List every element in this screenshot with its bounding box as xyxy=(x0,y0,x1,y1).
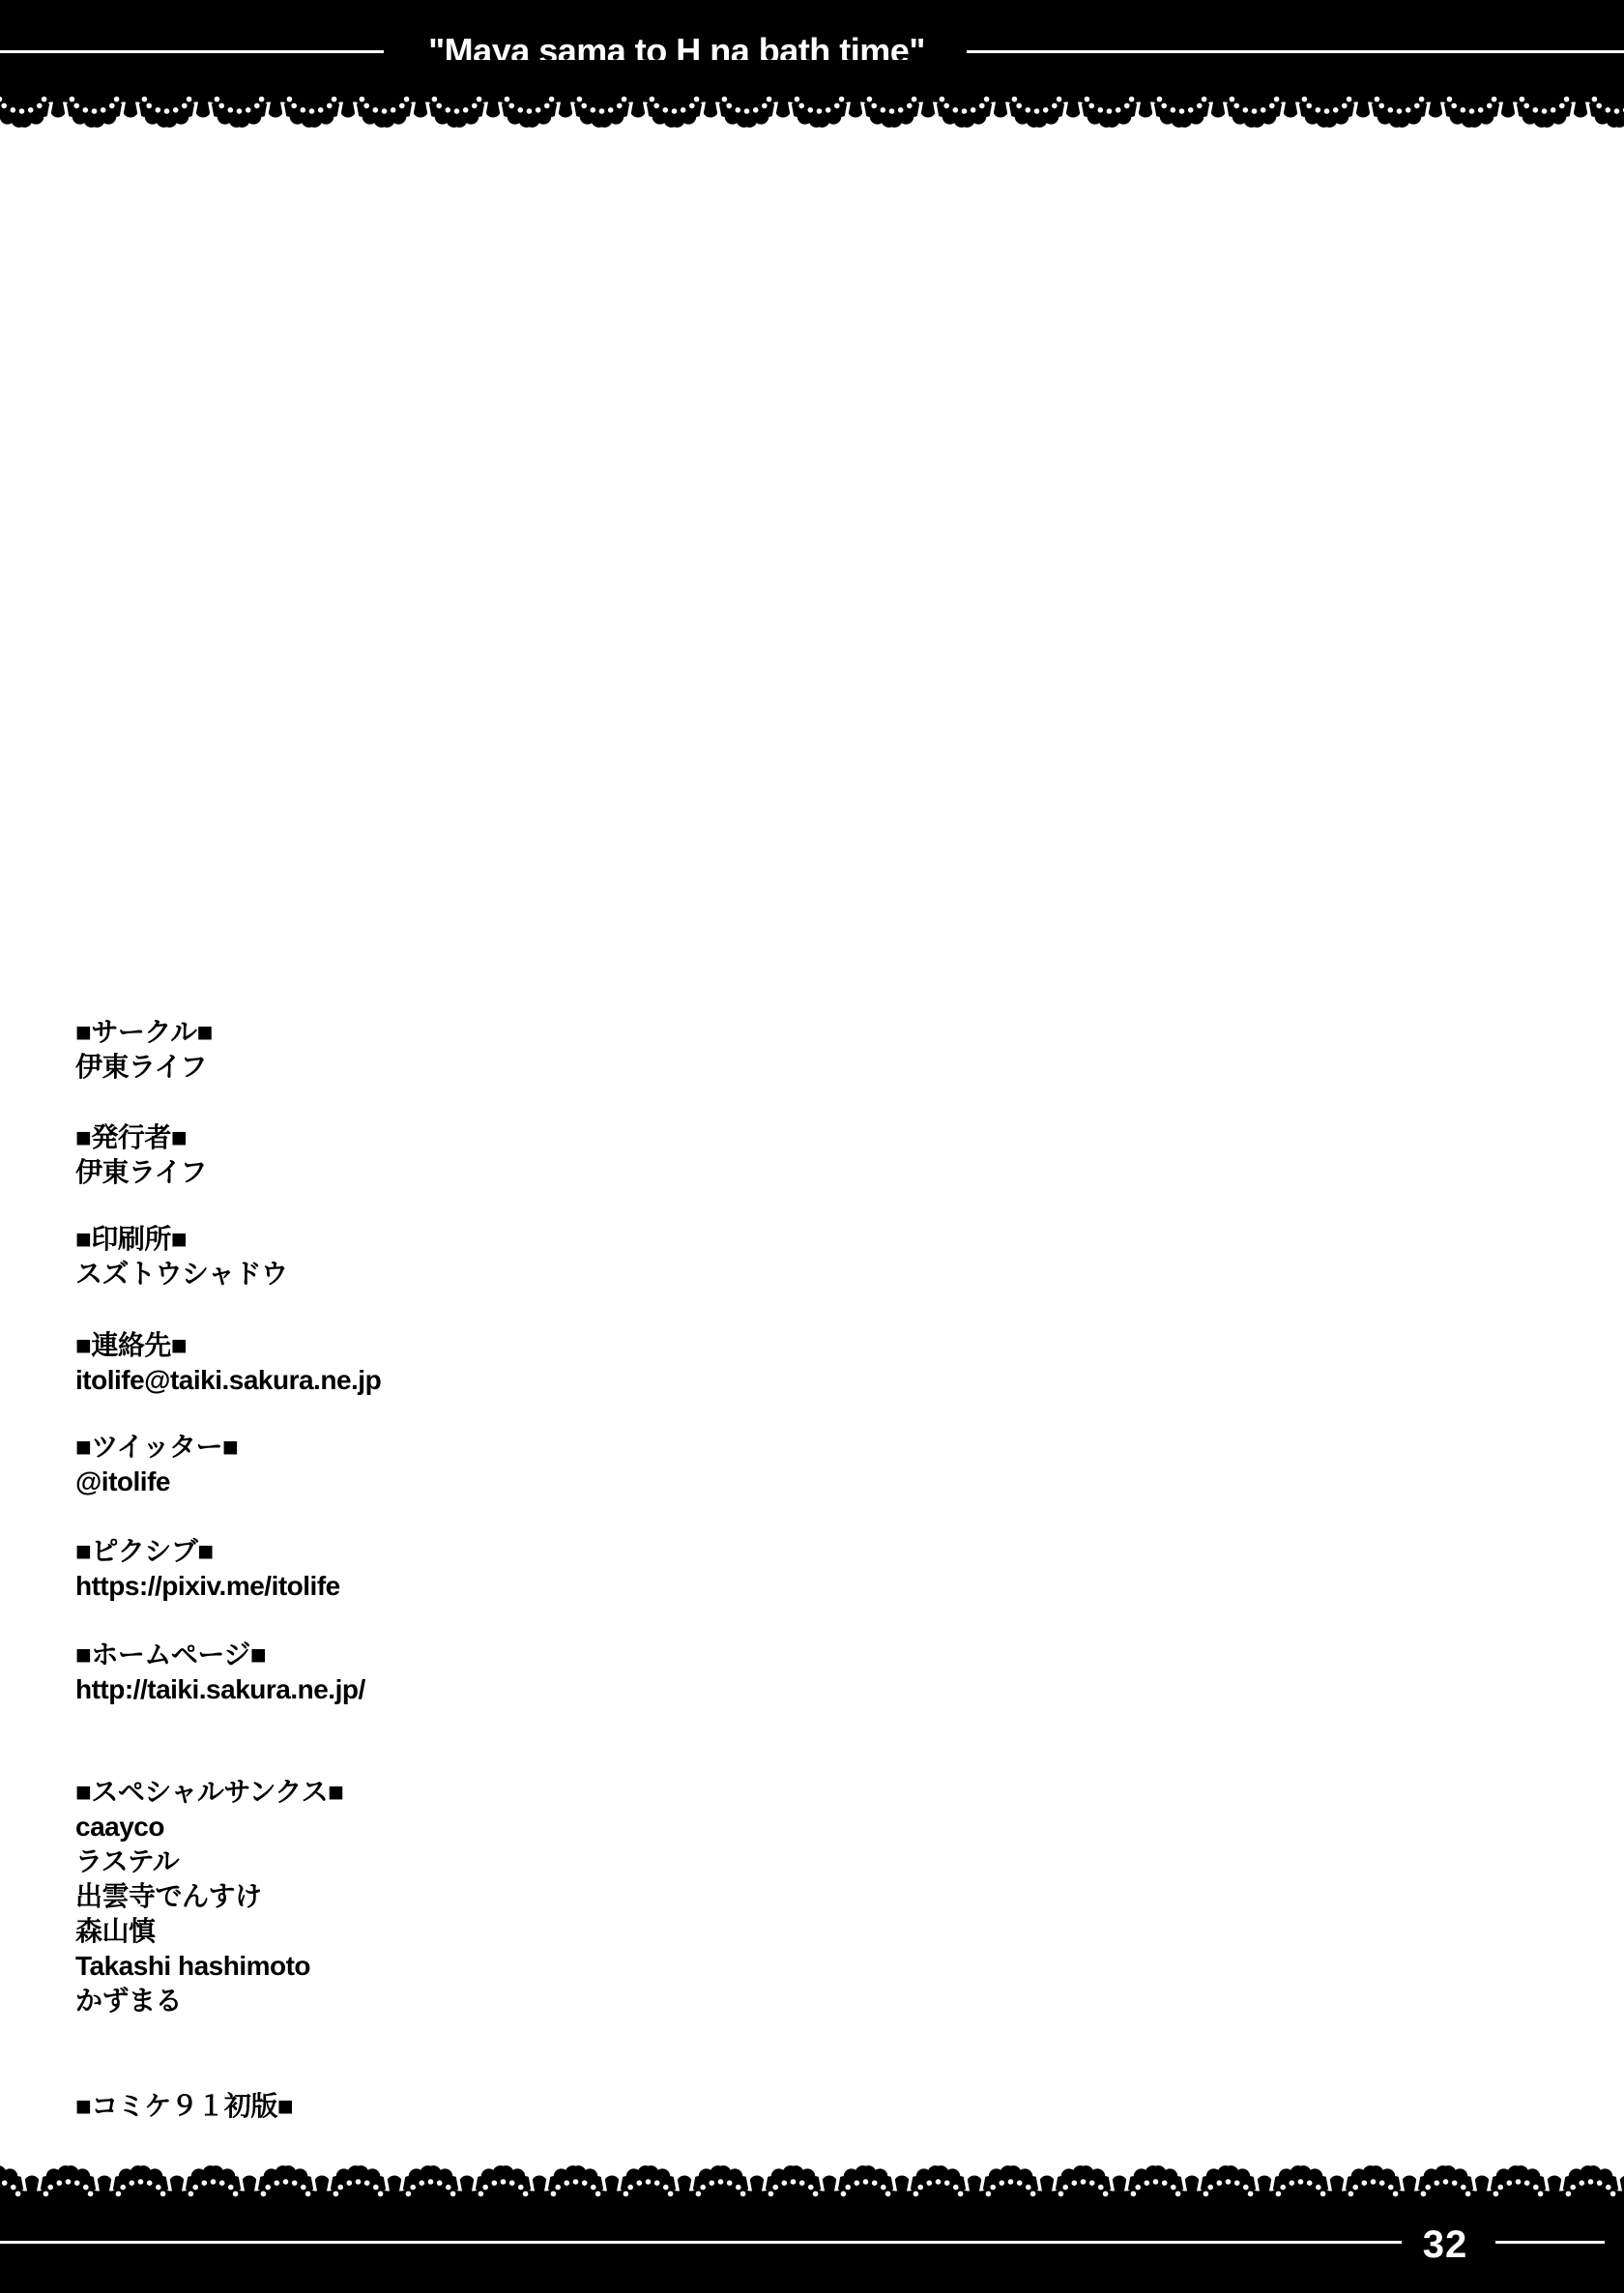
section-heading: ■印刷所■ xyxy=(75,1222,287,1257)
thanks-name: 森山慎 xyxy=(75,1914,344,1949)
section-heading: ■サークル■ xyxy=(75,1015,213,1050)
section-heading: ■ピクシブ■ xyxy=(75,1534,340,1569)
section-twitter: ■ツイッター■ @itolife xyxy=(75,1430,238,1499)
lace-border-bottom-icon xyxy=(0,2162,1624,2233)
section-heading: ■ホームページ■ xyxy=(75,1638,365,1672)
section-homepage: ■ホームページ■ http://taiki.sakura.ne.jp/ xyxy=(75,1638,365,1707)
thanks-name: ラステル xyxy=(75,1844,344,1879)
section-contact: ■連絡先■ itolife@taiki.sakura.ne.jp xyxy=(75,1328,381,1398)
section-line: 伊東ライフ xyxy=(75,1050,213,1085)
section-pixiv: ■ピクシブ■ https://pixiv.me/itolife xyxy=(75,1534,340,1604)
section-circle: ■サークル■ 伊東ライフ xyxy=(75,1015,213,1085)
twitter-handle-text: @itolife xyxy=(75,1465,238,1499)
page-number: 32 xyxy=(1423,2225,1468,2264)
thanks-name: Takashi hashimoto xyxy=(75,1949,344,1984)
doujin-colophon-page: "Maya sama to H na bath time" xyxy=(0,0,1624,2293)
lace-border-top-icon xyxy=(0,60,1624,131)
section-heading: ■ツイッター■ xyxy=(75,1430,238,1465)
section-comiket-edition: ■コミケ９１初版■ xyxy=(75,2089,293,2124)
title-divider-left xyxy=(0,50,384,53)
footer-divider-left xyxy=(0,2241,1402,2244)
title-divider-right xyxy=(967,50,1624,53)
section-special-thanks: ■スペシャルサンクス■ caayco ラステル 出雲寺でんすけ 森山慎 Taka… xyxy=(75,1775,344,2018)
section-heading: ■連絡先■ xyxy=(75,1328,381,1363)
section-heading: ■発行者■ xyxy=(75,1120,207,1155)
section-line: 伊東ライフ xyxy=(75,1155,207,1190)
thanks-name: 出雲寺でんすけ xyxy=(75,1879,344,1914)
footer-divider-right xyxy=(1495,2241,1605,2244)
thanks-name: かずまる xyxy=(75,1984,344,2018)
top-title-bar: "Maya sama to H na bath time" xyxy=(0,0,1624,60)
thanks-name: caayco xyxy=(75,1810,344,1844)
section-heading: ■スペシャルサンクス■ xyxy=(75,1775,344,1810)
contact-email-text: itolife@taiki.sakura.ne.jp xyxy=(75,1363,381,1398)
pixiv-url-text: https://pixiv.me/itolife xyxy=(75,1569,340,1604)
section-line: スズトウシャドウ xyxy=(75,1257,287,1292)
section-heading: ■コミケ９１初版■ xyxy=(75,2089,293,2124)
homepage-url-text: http://taiki.sakura.ne.jp/ xyxy=(75,1672,365,1707)
section-publisher: ■発行者■ 伊東ライフ xyxy=(75,1120,207,1190)
section-printer: ■印刷所■ スズトウシャドウ xyxy=(75,1222,287,1292)
